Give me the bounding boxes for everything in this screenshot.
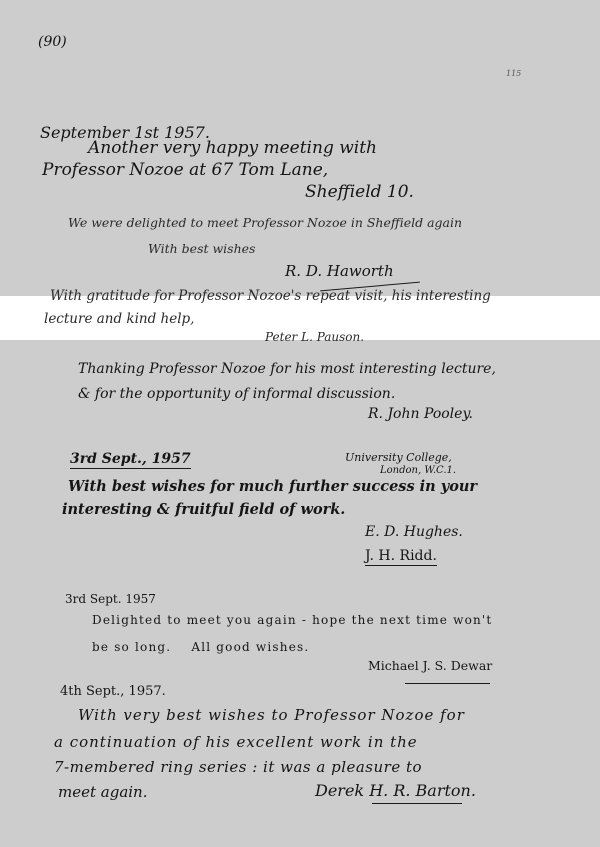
entry-5-line-2: interesting & fruitful field of work. [62, 503, 345, 518]
entry-7-line-2: a continuation of his excellent work in … [54, 735, 418, 750]
entry-2-line-1: We were delighted to meet Professor Nozo… [68, 217, 462, 230]
entry-2-line-2: With best wishes [148, 243, 255, 256]
signature-underline [405, 683, 490, 684]
entry-3-line-1: With gratitude for Professor Nozoe's rep… [50, 290, 491, 304]
entry-6-line-1: Delighted to meet you again - hope the n… [92, 614, 492, 626]
entry-7-date: 4th Sept., 1957. [60, 685, 166, 698]
entry-5-signature-2: J. H. Ridd. [365, 549, 437, 566]
signature-underline [372, 803, 462, 804]
entry-3-signature: Peter L. Pauson. [265, 331, 364, 343]
entry-2-signature: R. D. Haworth [285, 264, 394, 279]
entry-5-signature-1: E. D. Hughes. [365, 525, 463, 539]
entry-1-line-1: Another very happy meeting with [88, 140, 377, 157]
entry-5-date: 3rd Sept., 1957 [70, 452, 191, 469]
corner-mark: 115 [506, 70, 521, 78]
entry-3-line-2: lecture and kind help, [44, 313, 194, 327]
entry-5-line-1: With best wishes for much further succes… [68, 480, 477, 495]
entry-4-line-2: & for the opportunity of informal discus… [78, 387, 395, 401]
entry-5-address-1: University College, [345, 452, 452, 463]
entry-7-line-1: With very best wishes to Professor Nozoe… [78, 708, 465, 723]
entry-7-line-4: meet again. [58, 785, 148, 800]
page-number: (90) [38, 35, 67, 49]
entry-6-line-2: be so long. All good wishes. [92, 641, 309, 653]
entry-5-address-2: London, W.C.1. [380, 466, 456, 476]
entry-4-signature: R. John Pooley. [368, 407, 473, 421]
entry-1-line-3: Sheffield 10. [305, 184, 414, 201]
entry-7-signature: Derek H. R. Barton. [315, 783, 476, 799]
entry-6-signature: Michael J. S. Dewar [368, 660, 492, 673]
entry-6-date: 3rd Sept. 1957 [65, 593, 156, 605]
entry-4-line-1: Thanking Professor Nozoe for his most in… [78, 362, 496, 376]
entry-1-line-2: Professor Nozoe at 67 Tom Lane, [42, 162, 328, 179]
entry-7-line-3: 7-membered ring series : it was a pleasu… [54, 760, 422, 775]
